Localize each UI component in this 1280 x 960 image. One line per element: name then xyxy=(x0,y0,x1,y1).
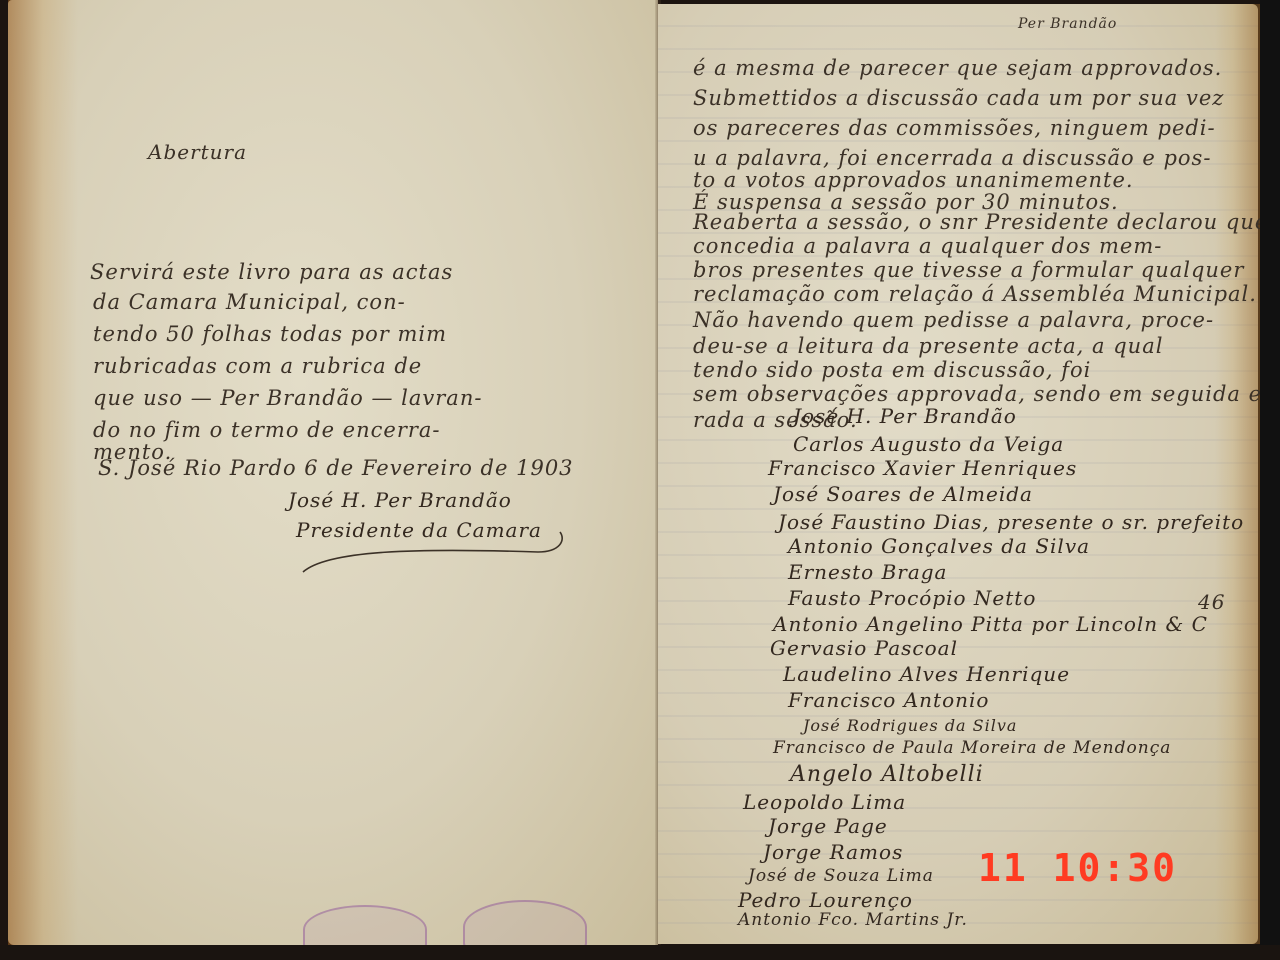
signature-19: José de Souza Lima xyxy=(748,866,934,886)
open-book-photo: Abertura Servirá este livro para as acta… xyxy=(0,0,1280,960)
left-line-1: Servirá este livro para as actas xyxy=(90,260,453,284)
signature-11: Laudelino Alves Henrique xyxy=(783,662,1070,686)
signature-10: Gervasio Pascoal xyxy=(770,636,958,660)
signature-6: Antonio Gonçalves da Silva xyxy=(788,534,1090,558)
signature-4: José Soares de Almeida xyxy=(773,482,1033,506)
right-line-1: é a mesma de parecer que sejam approvado… xyxy=(693,56,1222,80)
left-line-4: rubricadas com a rubrica de xyxy=(93,354,422,378)
signature-9: Antonio Angelino Pitta por Lincoln & C xyxy=(773,612,1208,636)
left-line-5: que uso — Per Brandão — lavran- xyxy=(93,386,482,410)
right-line-14: sem observações approvada, sendo em segu… xyxy=(693,382,1280,406)
signature-7: Ernesto Braga xyxy=(788,560,947,584)
signature-3: Francisco Xavier Henriques xyxy=(768,456,1077,480)
signature-1: José H. Per Brandão xyxy=(793,404,1017,428)
right-line-11: Não havendo quem pedisse a palavra, proc… xyxy=(693,308,1214,332)
right-line-7: Reaberta a sessão, o snr Presidente decl… xyxy=(693,210,1268,234)
signature-15: Angelo Altobelli xyxy=(790,762,984,787)
water-stain-left xyxy=(8,0,78,945)
left-line-6: do no fim o termo de encerra- xyxy=(93,418,441,442)
right-line-10: reclamação com relação á Assembléa Munic… xyxy=(693,282,1257,306)
president-signature: José H. Per Brandão xyxy=(288,488,512,512)
right-line-13: tendo sido posta em discussão, foi xyxy=(693,358,1091,382)
signature-5: José Faustino Dias, presente o sr. prefe… xyxy=(778,510,1244,534)
left-line-3: tendo 50 folhas todas por mim xyxy=(93,322,447,346)
signature-16: Leopoldo Lima xyxy=(743,790,906,814)
signature-18: Jorge Ramos xyxy=(763,840,903,864)
signature-2: Carlos Augusto da Veiga xyxy=(793,432,1064,456)
right-line-12: deu-se a leitura da presente acta, a qua… xyxy=(693,334,1163,358)
signature-17: Jorge Page xyxy=(768,814,888,838)
signature-14: Francisco de Paula Moreira de Mendonça xyxy=(773,738,1171,758)
corner-rubric: Per Brandão xyxy=(1018,16,1117,32)
signature-13: José Rodrigues da Silva xyxy=(803,716,1017,735)
signature-12: Francisco Antonio xyxy=(788,688,989,712)
camera-timestamp: 11 10:30 xyxy=(978,846,1177,890)
water-stain-right xyxy=(1215,4,1260,944)
frame-edge-bottom xyxy=(0,945,1280,960)
signature-21: Antonio Fco. Martins Jr. xyxy=(738,910,968,930)
frame-edge-right xyxy=(1260,0,1280,960)
right-line-9: bros presentes que tivesse a formular qu… xyxy=(693,258,1244,282)
signature-flourish-icon xyxy=(298,530,578,580)
left-line-2: da Camara Municipal, con- xyxy=(93,290,406,314)
signature-8: Fausto Procópio Netto xyxy=(788,586,1036,610)
left-page: Abertura Servirá este livro para as acta… xyxy=(8,0,658,945)
date-line: S. José Rio Pardo 6 de Fevereiro de 1903 xyxy=(98,456,574,480)
right-line-4: u a palavra, foi encerrada a discussão e… xyxy=(693,146,1211,170)
page-edge-mark: 46 xyxy=(1198,590,1225,614)
right-line-3: os pareceres das commissões, ninguem ped… xyxy=(693,116,1216,140)
signature-20: Pedro Lourenço xyxy=(738,888,913,912)
right-page: Per Brandão é a mesma de parecer que sej… xyxy=(658,4,1258,944)
right-line-8: concedia a palavra a qualquer dos mem- xyxy=(693,234,1162,258)
right-line-2: Submettidos a discussão cada um por sua … xyxy=(693,86,1224,110)
right-line-5: to a votos approvados unanimemente. xyxy=(693,168,1134,192)
opening-heading: Abertura xyxy=(148,140,247,164)
